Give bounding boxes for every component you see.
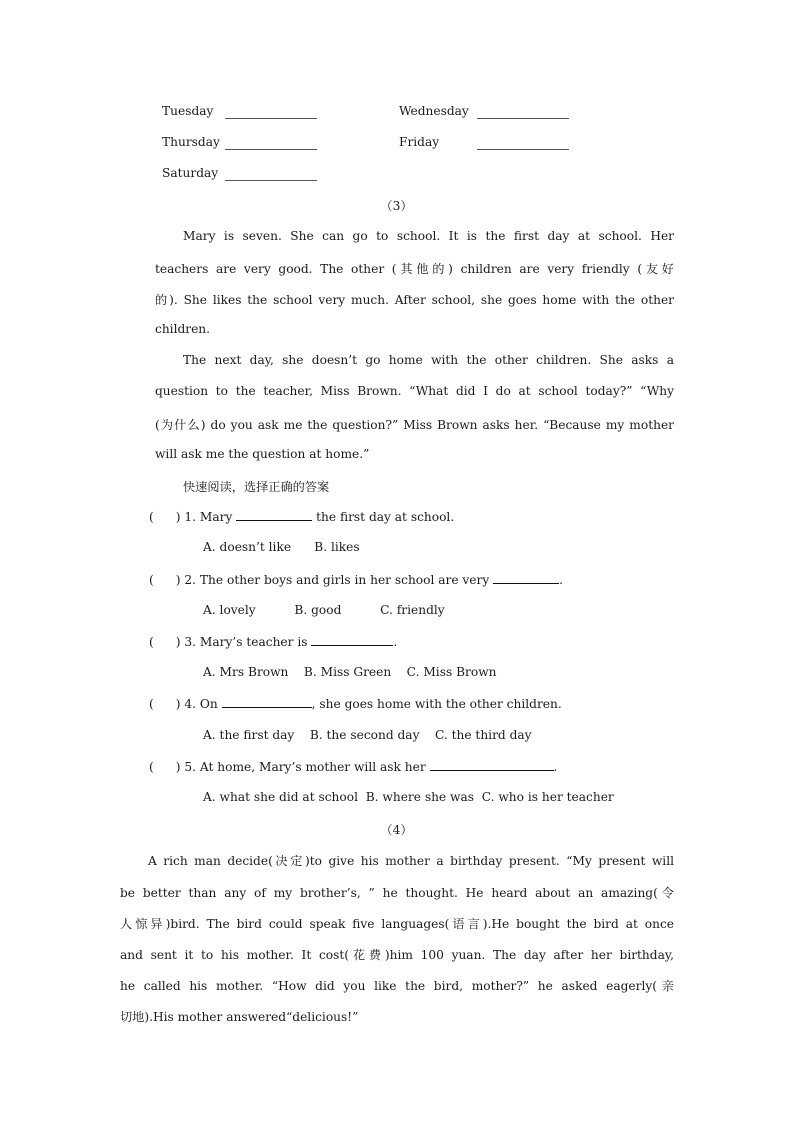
passage-4-line: 人惊异)bird. The bird could speak five lang… <box>120 915 674 932</box>
day-row-thursday: Thursday <box>162 135 220 149</box>
question-5-options: A. what she did at school B. where she w… <box>203 790 614 804</box>
answer-paren-open[interactable]: ( <box>149 635 154 649</box>
answer-blank-tuesday[interactable] <box>225 106 317 119</box>
question-2: () 2. The other boys and girls in her sc… <box>149 572 563 587</box>
day-row-tuesday: Tuesday <box>162 104 213 118</box>
question-text-before: Mary’s teacher is <box>200 635 308 649</box>
passage-3-line: question to the teacher, Miss Brown. “Wh… <box>155 384 674 398</box>
passage-3-line: Mary is seven. She can go to school. It … <box>183 229 674 243</box>
question-number: 1. <box>184 510 196 524</box>
question-blank[interactable] <box>236 509 312 521</box>
answer-blank-friday[interactable] <box>477 137 569 150</box>
question-text-before: On <box>200 697 218 711</box>
passage-4-line: 切地).His mother answered“delicious!” <box>120 1008 358 1025</box>
question-number: 2. <box>184 573 196 587</box>
question-text-before: The other boys and girls in her school a… <box>200 573 489 587</box>
day-label: Friday <box>399 135 439 149</box>
answer-paren-close: ) <box>176 697 181 711</box>
section-3-heading: （3） <box>0 197 793 214</box>
answer-paren-open[interactable]: ( <box>149 510 154 524</box>
instruction: 快速阅读，选择正确的答案 <box>183 478 329 495</box>
answer-paren-open[interactable]: ( <box>149 573 154 587</box>
question-text-before: Mary <box>200 510 232 524</box>
question-4: () 4. On , she goes home with the other … <box>149 696 562 711</box>
answer-paren-close: ) <box>176 510 181 524</box>
question-blank[interactable] <box>311 634 393 646</box>
passage-3-line: will ask me the question at home.” <box>155 447 369 461</box>
day-label: Tuesday <box>162 104 213 118</box>
day-row-saturday: Saturday <box>162 166 218 180</box>
answer-paren-close: ) <box>176 573 181 587</box>
question-3-options: A. Mrs Brown B. Miss Green C. Miss Brown <box>203 665 496 679</box>
question-2-options: A. lovely B. good C. friendly <box>203 603 445 617</box>
question-text-after: , she goes home with the other children. <box>312 697 562 711</box>
question-blank[interactable] <box>222 696 312 708</box>
question-text-after: . <box>554 760 558 774</box>
passage-3-line: (为什么) do you ask me the question?” Miss … <box>155 416 674 433</box>
answer-paren-open[interactable]: ( <box>149 760 154 774</box>
question-1-options: A. doesn’t like B. likes <box>203 540 360 554</box>
day-label: Saturday <box>162 166 218 180</box>
answer-paren-close: ) <box>176 760 181 774</box>
day-label: Thursday <box>162 135 220 149</box>
answer-blank-thursday[interactable] <box>225 137 317 150</box>
answer-paren-open[interactable]: ( <box>149 697 154 711</box>
answer-blank-saturday[interactable] <box>225 168 317 181</box>
question-blank[interactable] <box>493 572 559 584</box>
day-row-wednesday: Wednesday <box>399 104 469 118</box>
answer-blank-wednesday[interactable] <box>477 106 569 119</box>
passage-4-line: and sent it to his mother. It cost(花费)hi… <box>120 946 674 963</box>
question-number: 5. <box>184 760 196 774</box>
passage-3-line: The next day, she doesn’t go home with t… <box>183 353 674 367</box>
question-3: () 3. Mary’s teacher is . <box>149 634 397 649</box>
question-1: () 1. Mary the first day at school. <box>149 509 454 524</box>
question-number: 4. <box>184 697 196 711</box>
question-text-after: . <box>393 635 397 649</box>
day-row-friday: Friday <box>399 135 439 149</box>
section-4-heading: （4） <box>0 821 793 838</box>
passage-3-line: teachers are very good. The other (其他的) … <box>155 260 674 277</box>
question-4-options: A. the first day B. the second day C. th… <box>203 728 532 742</box>
passage-4-line: he called his mother. “How did you like … <box>120 977 674 994</box>
passage-3-line: 的). She likes the school very much. Afte… <box>155 291 674 308</box>
day-label: Wednesday <box>399 104 469 118</box>
passage-3-line: children. <box>155 322 210 336</box>
passage-4-line: A rich man decide(决定)to give his mother … <box>148 852 674 869</box>
question-text-after: the first day at school. <box>316 510 454 524</box>
question-text-before: At home, Mary’s mother will ask her <box>200 760 426 774</box>
question-5: () 5. At home, Mary’s mother will ask he… <box>149 759 557 774</box>
question-number: 3. <box>184 635 196 649</box>
answer-paren-close: ) <box>176 635 181 649</box>
question-text-after: . <box>559 573 563 587</box>
passage-4-line: be better than any of my brother’s, ” he… <box>120 884 674 901</box>
question-blank[interactable] <box>430 759 554 771</box>
